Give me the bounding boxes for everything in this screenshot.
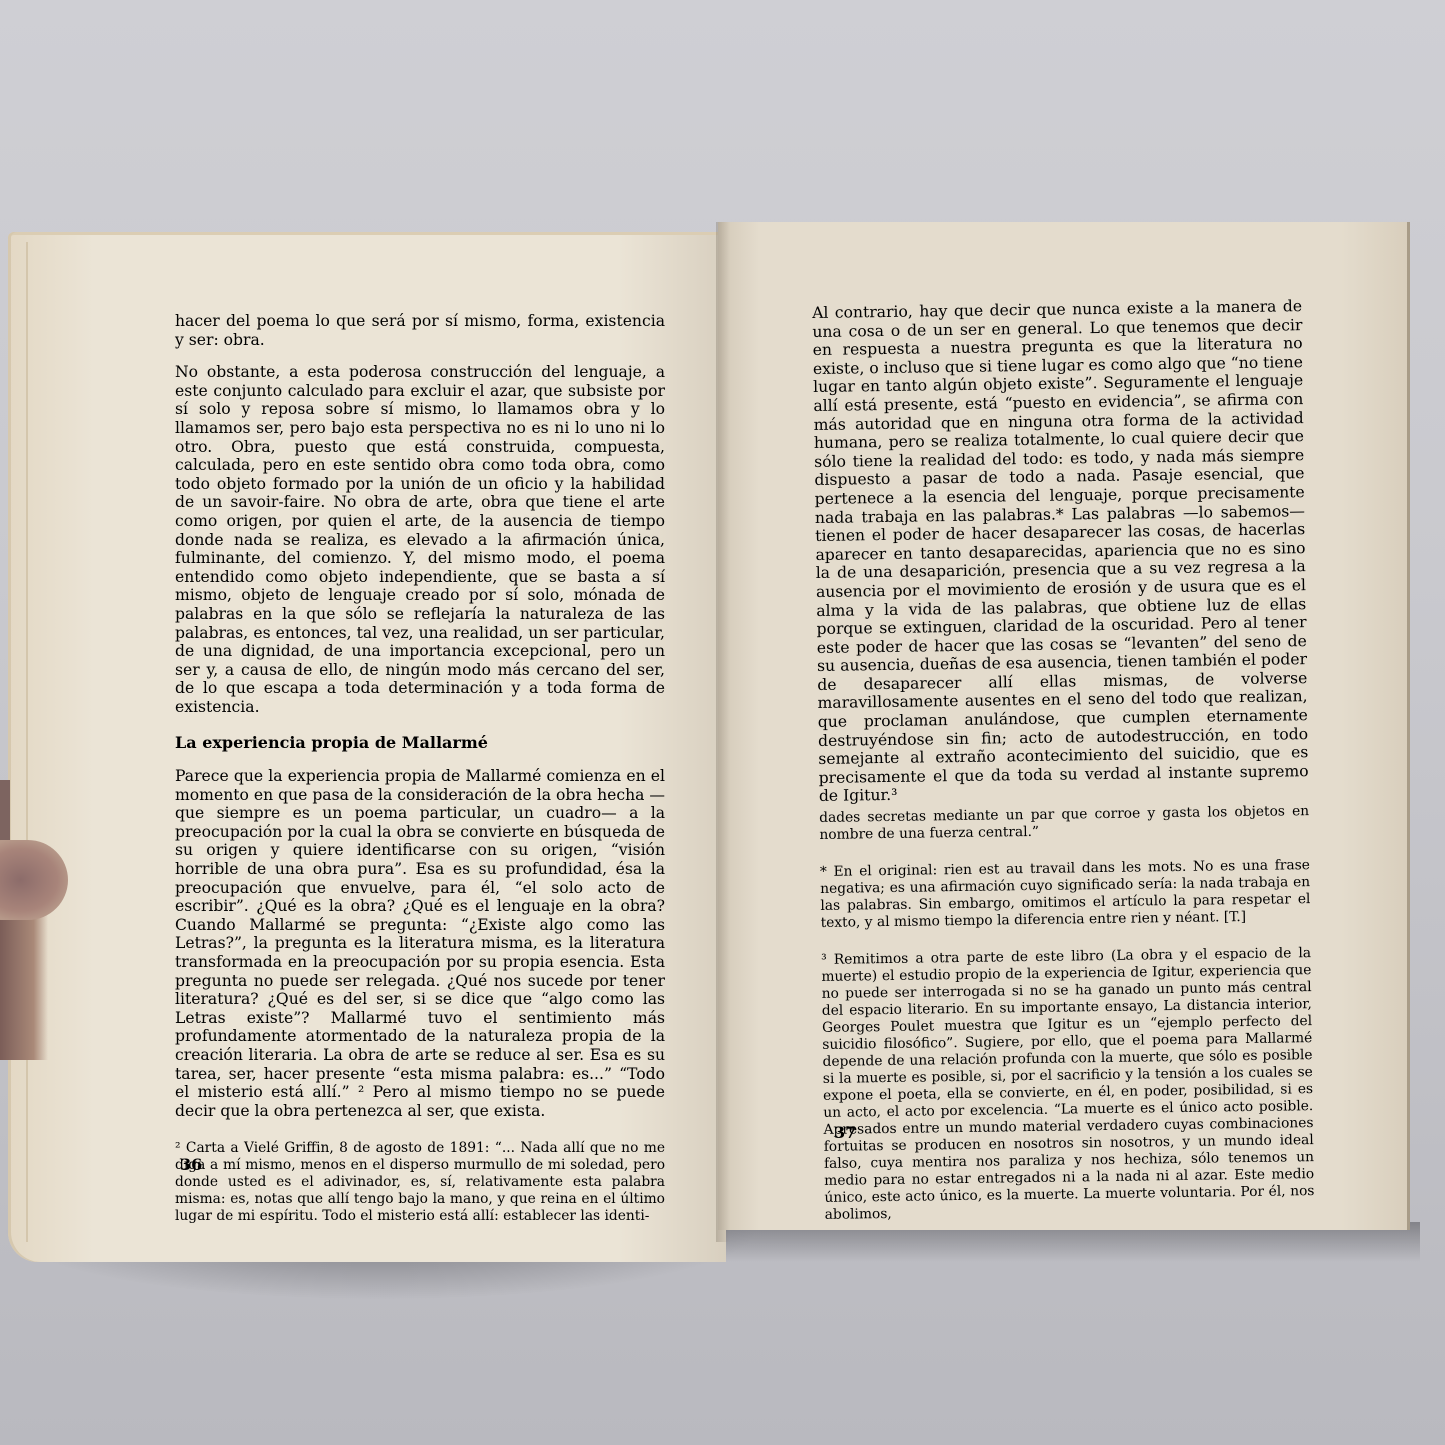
page-number-right: 37 [834, 1123, 856, 1142]
hand-finger [0, 900, 48, 1060]
right-page-text: Al contrario, hay que decir que nunca ex… [812, 297, 1315, 1240]
paragraph: No obstante, a esta poderosa construcció… [175, 363, 665, 716]
paragraph: Parece que la experiencia propia de Mall… [175, 767, 665, 1120]
footnote-2: ² Carta a Vielé Griffin, 8 de agosto de … [175, 1140, 665, 1225]
left-page-text: hacer del poema lo que será por sí mismo… [175, 312, 665, 1241]
footnote-3: ³ Remitimos a otra parte de este libro (… [821, 945, 1315, 1224]
paragraph: Al contrario, hay que decir que nunca ex… [812, 297, 1309, 806]
section-heading: La experiencia propia de Mallarmé [175, 734, 665, 753]
footnote-star: * En el original: rien est au travail da… [820, 857, 1311, 932]
paragraph: hacer del poema lo que será por sí mismo… [175, 312, 665, 349]
footnote-continuation: dades secretas mediante un par que corro… [819, 803, 1309, 844]
book-spine [716, 222, 730, 1242]
page-number-left: 36 [180, 1155, 202, 1174]
